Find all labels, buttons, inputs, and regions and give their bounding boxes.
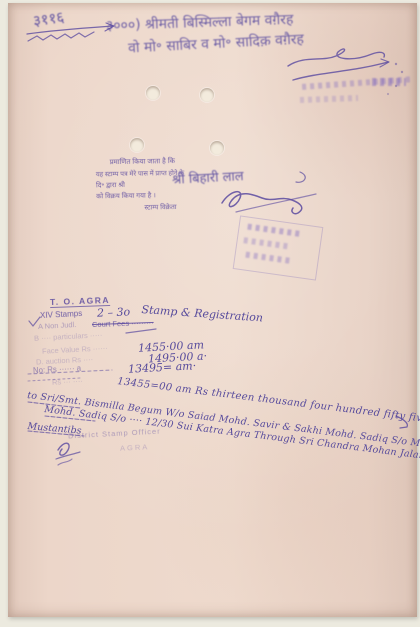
district-stamp-line-2: AGRA <box>120 442 150 453</box>
faint-box-stamp-row <box>247 224 303 238</box>
treasury-row-stamps-code: 2 – 3o <box>97 305 131 319</box>
certification-stamp-line: को विक्रय किया गया है । <box>96 189 256 201</box>
punch-hole <box>146 86 160 100</box>
faint-box-stamp <box>233 215 324 280</box>
treasury-row-rs-label: Rs ··· ···· <box>52 376 83 387</box>
punch-hole <box>200 88 214 102</box>
serial-number: ३११६ <box>32 7 66 31</box>
faint-box-stamp-row <box>243 237 291 250</box>
vendor-name-handwritten: श्री बिहारी लाल <box>172 166 244 188</box>
punch-hole <box>210 141 224 155</box>
punch-hole <box>130 138 144 152</box>
faint-office-stamp-mark <box>372 78 406 86</box>
certification-stamp-line: प्रमाणित किया जाता है कि <box>110 156 256 168</box>
faint-box-stamp-row <box>245 252 289 264</box>
